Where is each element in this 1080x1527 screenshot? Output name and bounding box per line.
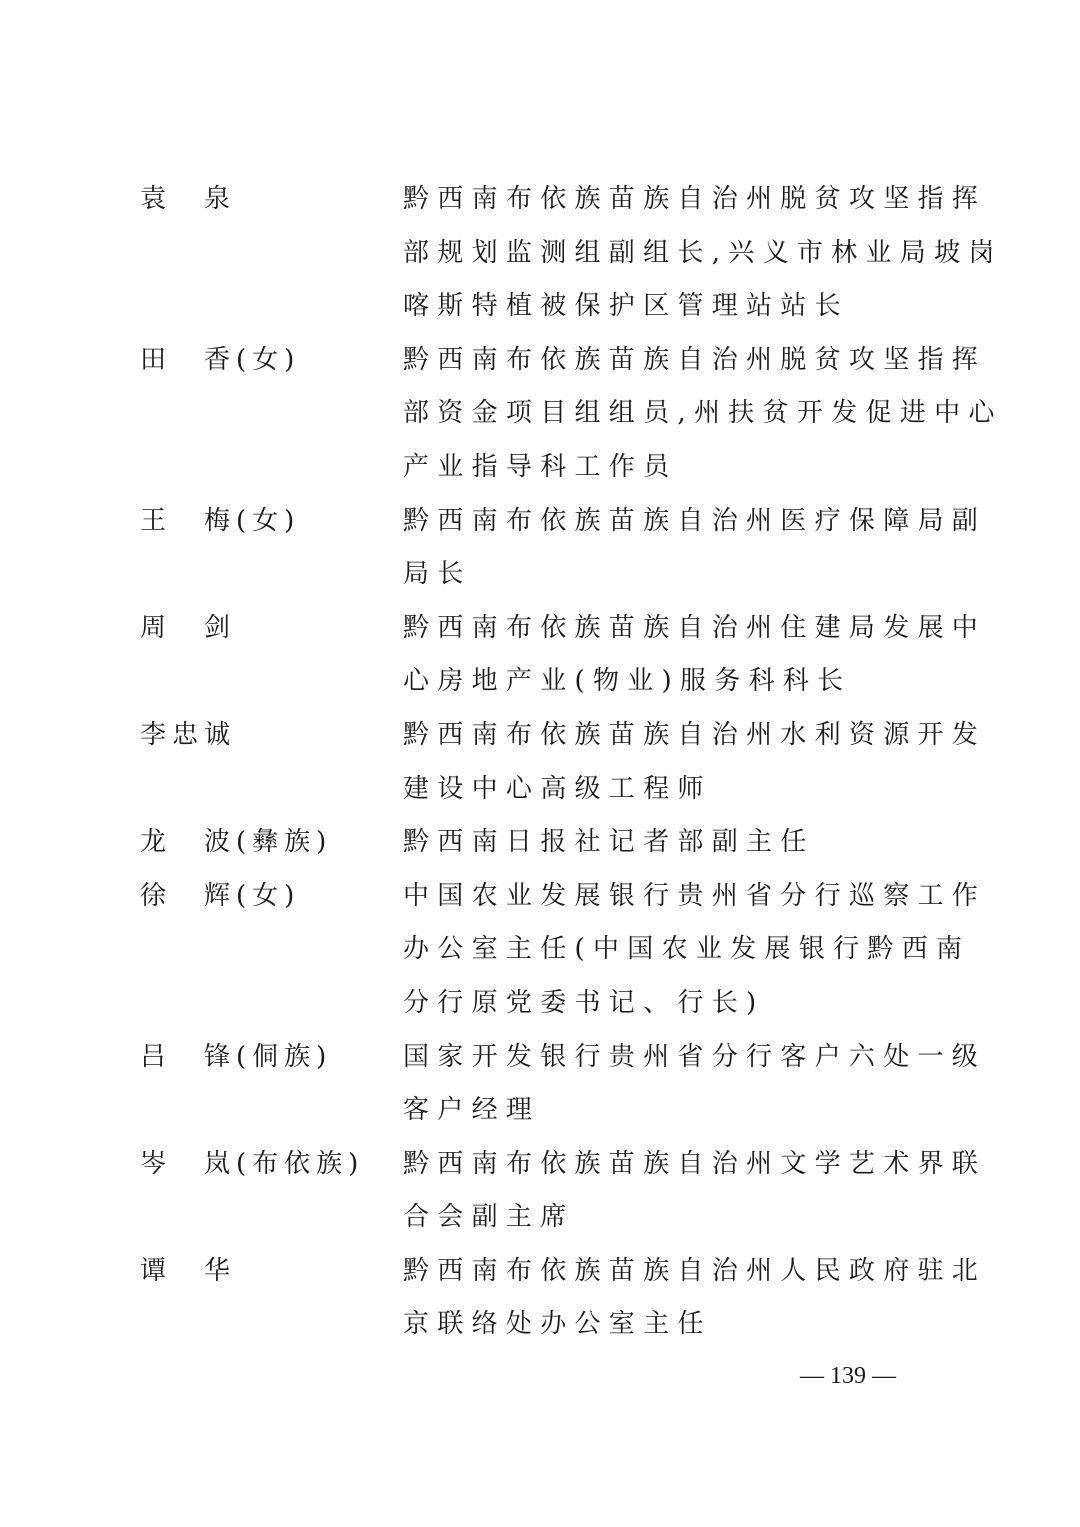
person-name: 周 剑 xyxy=(140,602,403,709)
title-line: 黔西南布依族苗族自治州脱贫攻坚指挥 xyxy=(403,334,943,388)
title-line: 产业指导科工作员 xyxy=(403,441,943,495)
person-name: 徐 辉(女) xyxy=(140,870,403,1031)
person-title: 中国农业发展银行贵州省分行巡察工作 办公室主任(中国农业发展银行黔西南 分行原党… xyxy=(403,870,943,1031)
document-page: 袁 泉 黔西南布依族苗族自治州脱贫攻坚指挥 部规划监测组副组长,兴义市林业局坡岗… xyxy=(0,0,1080,1527)
title-line: 心房地产业(物业)服务科科长 xyxy=(403,655,943,709)
person-name: 谭 华 xyxy=(140,1245,403,1352)
title-line: 部规划监测组副组长,兴义市林业局坡岗 xyxy=(403,227,943,281)
title-line: 合会副主席 xyxy=(403,1191,943,1245)
list-entry: 谭 华 黔西南布依族苗族自治州人民政府驻北 京联络处办公室主任 xyxy=(140,1245,940,1352)
person-title: 黔西南布依族苗族自治州人民政府驻北 京联络处办公室主任 xyxy=(403,1245,943,1352)
person-name: 龙 波(彝族) xyxy=(140,816,403,870)
title-line: 分行原党委书记、行长) xyxy=(403,977,943,1031)
list-entry: 田 香(女) 黔西南布依族苗族自治州脱贫攻坚指挥 部资金项目组组员,州扶贫开发促… xyxy=(140,334,940,495)
person-name: 吕 锋(侗族) xyxy=(140,1031,403,1138)
person-title: 黔西南布依族苗族自治州水利资源开发 建设中心高级工程师 xyxy=(403,709,943,816)
title-line: 黔西南布依族苗族自治州住建局发展中 xyxy=(403,602,943,656)
list-entry: 李忠诚 黔西南布依族苗族自治州水利资源开发 建设中心高级工程师 xyxy=(140,709,940,816)
title-line: 黔西南布依族苗族自治州水利资源开发 xyxy=(403,709,943,763)
person-title: 国家开发银行贵州省分行客户六处一级 客户经理 xyxy=(403,1031,943,1138)
page-number: — 139 — xyxy=(800,1358,920,1394)
list-entry: 岑 岚(布依族) 黔西南布依族苗族自治州文学艺术界联 合会副主席 xyxy=(140,1138,940,1245)
person-name: 王 梅(女) xyxy=(140,495,403,602)
list-entry: 徐 辉(女) 中国农业发展银行贵州省分行巡察工作 办公室主任(中国农业发展银行黔… xyxy=(140,870,940,1031)
title-line: 办公室主任(中国农业发展银行黔西南 xyxy=(403,923,943,977)
title-line: 黔西南布依族苗族自治州人民政府驻北 xyxy=(403,1245,943,1299)
person-name: 岑 岚(布依族) xyxy=(140,1138,403,1245)
title-line: 京联络处办公室主任 xyxy=(403,1298,943,1352)
title-line: 中国农业发展银行贵州省分行巡察工作 xyxy=(403,870,943,924)
title-line: 局长 xyxy=(403,548,943,602)
list-entry: 吕 锋(侗族) 国家开发银行贵州省分行客户六处一级 客户经理 xyxy=(140,1031,940,1138)
list-entry: 周 剑 黔西南布依族苗族自治州住建局发展中 心房地产业(物业)服务科科长 xyxy=(140,602,940,709)
name-list: 袁 泉 黔西南布依族苗族自治州脱贫攻坚指挥 部规划监测组副组长,兴义市林业局坡岗… xyxy=(140,173,940,1352)
person-title: 黔西南布依族苗族自治州脱贫攻坚指挥 部资金项目组组员,州扶贫开发促进中心 产业指… xyxy=(403,334,943,495)
person-name: 李忠诚 xyxy=(140,709,403,816)
list-entry: 龙 波(彝族) 黔西南日报社记者部副主任 xyxy=(140,816,940,870)
person-title: 黔西南布依族苗族自治州脱贫攻坚指挥 部规划监测组副组长,兴义市林业局坡岗 喀斯特… xyxy=(403,173,943,334)
title-line: 黔西南布依族苗族自治州医疗保障局副 xyxy=(403,495,943,549)
title-line: 黔西南日报社记者部副主任 xyxy=(403,816,940,870)
person-title: 黔西南布依族苗族自治州住建局发展中 心房地产业(物业)服务科科长 xyxy=(403,602,943,709)
person-name: 袁 泉 xyxy=(140,173,403,334)
title-line: 建设中心高级工程师 xyxy=(403,763,943,817)
title-line: 喀斯特植被保护区管理站站长 xyxy=(403,280,943,334)
person-title: 黔西南布依族苗族自治州医疗保障局副 局长 xyxy=(403,495,943,602)
person-name: 田 香(女) xyxy=(140,334,403,495)
list-entry: 袁 泉 黔西南布依族苗族自治州脱贫攻坚指挥 部规划监测组副组长,兴义市林业局坡岗… xyxy=(140,173,940,334)
title-line: 黔西南布依族苗族自治州文学艺术界联 xyxy=(403,1138,943,1192)
person-title: 黔西南布依族苗族自治州文学艺术界联 合会副主席 xyxy=(403,1138,943,1245)
title-line: 国家开发银行贵州省分行客户六处一级 xyxy=(403,1031,943,1085)
list-entry: 王 梅(女) 黔西南布依族苗族自治州医疗保障局副 局长 xyxy=(140,495,940,602)
title-line: 客户经理 xyxy=(403,1084,943,1138)
title-line: 黔西南布依族苗族自治州脱贫攻坚指挥 xyxy=(403,173,943,227)
title-line: 部资金项目组组员,州扶贫开发促进中心 xyxy=(403,387,943,441)
person-title: 黔西南日报社记者部副主任 xyxy=(403,816,940,870)
